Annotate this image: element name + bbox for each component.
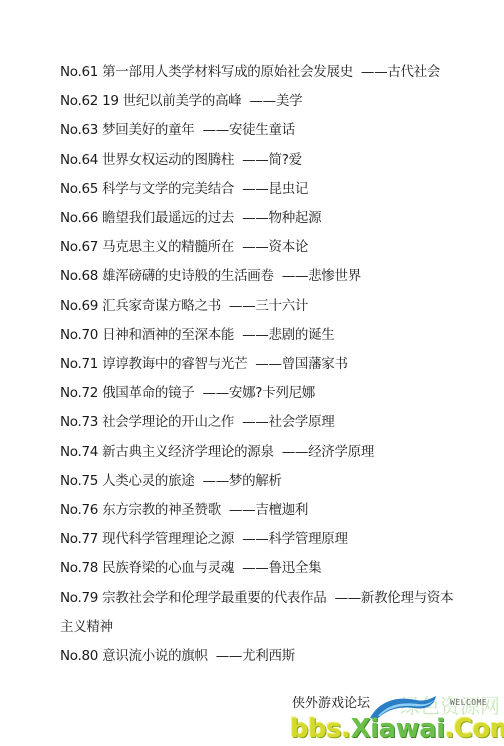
entry-title: 社会学原理 [269, 414, 335, 430]
entry-description: 意识流小说的旗帜 [102, 648, 208, 664]
entry-description: 人类心灵的旅途 [102, 473, 194, 489]
watermark-url: bbs.Xiawai.Com [290, 714, 504, 744]
entry-separator: —— [361, 64, 387, 80]
entry-79: No.79宗教社会学和伦理学最重要的代表作品——新教伦理与资本主义精神 [60, 584, 460, 642]
entry-separator: —— [216, 648, 242, 664]
entry-number: No.66 [60, 210, 98, 226]
entry-number: No.61 [60, 64, 98, 80]
entry-separator: —— [203, 122, 229, 138]
entry-63: No.63梦回美好的童年——安徒生童话 [60, 116, 460, 145]
entry-72: No.72俄国革命的镜子——安娜?卡列尼娜 [60, 379, 460, 408]
entry-separator: —— [242, 152, 268, 168]
entry-title: 曾国藩家书 [282, 356, 348, 372]
entry-separator: —— [242, 181, 268, 197]
site-watermark: 绿色资源网 侠外游戏论坛 WELCOME bbs.Xiawai.Com [290, 692, 500, 742]
entry-number: No.72 [60, 385, 98, 401]
entry-title: 安徒生童话 [229, 122, 295, 138]
entry-number: No.65 [60, 181, 98, 197]
entry-68: No.68雄浑磅礴的史诗般的生活画卷——悲惨世界 [60, 262, 460, 291]
watermark-url-mid: Xiawai [351, 714, 445, 744]
entry-74: No.74新古典主义经济学理论的源泉——经济学原理 [60, 438, 460, 467]
entry-number: No.77 [60, 531, 98, 547]
entry-number: No.69 [60, 298, 98, 314]
entry-separator: —— [282, 444, 308, 460]
document-body: No.61第一部用人类学材料写成的原始社会发展史——古代社会 No.6219 世… [60, 58, 460, 671]
entry-title: 吉檀迦利 [255, 502, 308, 518]
entry-description: 俄国革命的镜子 [102, 385, 194, 401]
entry-title: 安娜?卡列尼娜 [229, 385, 315, 401]
entry-description: 雄浑磅礴的史诗般的生活画卷 [102, 268, 274, 284]
entry-separator: —— [242, 327, 268, 343]
entry-76: No.76东方宗教的神圣赞歌——吉檀迦利 [60, 496, 460, 525]
entry-description: 科学与文学的完美结合 [102, 181, 234, 197]
entry-number: No.70 [60, 327, 98, 343]
entry-75: No.75人类心灵的旅途——梦的解析 [60, 467, 460, 496]
entry-separator: —— [229, 502, 255, 518]
entry-number: No.73 [60, 414, 98, 430]
entry-description: 世界女权运动的图腾柱 [102, 152, 234, 168]
entry-title: 尤利西斯 [242, 648, 295, 664]
entry-description: 东方宗教的神圣赞歌 [102, 502, 221, 518]
entry-number: No.62 [60, 93, 98, 109]
entry-separator: —— [203, 473, 229, 489]
entry-number: No.64 [60, 152, 98, 168]
entry-separator: —— [242, 560, 268, 576]
entry-title: 悲剧的诞生 [269, 327, 335, 343]
entry-separator: —— [242, 239, 268, 255]
entry-66: No.66瞻望我们最遥远的过去——物种起源 [60, 204, 460, 233]
entry-65: No.65科学与文学的完美结合——昆虫记 [60, 175, 460, 204]
entry-title: 美学 [276, 93, 302, 109]
entry-title: 经济学原理 [308, 444, 374, 460]
entry-62: No.6219 世纪以前美学的高峰——美学 [60, 87, 460, 116]
entry-description: 新古典主义经济学理论的源泉 [102, 444, 274, 460]
entry-number: No.67 [60, 239, 98, 255]
entry-title: 梦的解析 [229, 473, 282, 489]
watermark-url-right: .Com [445, 714, 504, 744]
entry-number: No.76 [60, 502, 98, 518]
entry-70: No.70日神和酒神的至深本能——悲剧的诞生 [60, 321, 460, 350]
entry-separator: —— [242, 210, 268, 226]
entry-71: No.71谆谆教诲中的睿智与光芒——曾国藩家书 [60, 350, 460, 379]
entry-separator: —— [242, 531, 268, 547]
entry-description: 社会学理论的开山之作 [102, 414, 234, 430]
entry-number: No.68 [60, 268, 98, 284]
entry-67: No.67马克思主义的精髓所在——资本论 [60, 233, 460, 262]
entry-80: No.80意识流小说的旗帜——尤利西斯 [60, 642, 460, 671]
entry-number: No.71 [60, 356, 98, 372]
watermark-forum-name: 侠外游戏论坛 [292, 692, 370, 711]
watermark-url-left: bbs. [290, 714, 351, 744]
entry-description: 梦回美好的童年 [102, 122, 194, 138]
entry-77: No.77现代科学管理理论之源——科学管理原理 [60, 525, 460, 554]
entry-title: 古代社会 [387, 64, 440, 80]
entry-number: No.79 [60, 590, 98, 606]
entry-separator: —— [229, 298, 255, 314]
entry-description: 汇兵家奇谋方略之书 [102, 298, 221, 314]
entry-description: 马克思主义的精髓所在 [102, 239, 234, 255]
entry-number: No.63 [60, 122, 98, 138]
entry-61: No.61第一部用人类学材料写成的原始社会发展史——古代社会 [60, 58, 460, 87]
watermark-welcome: WELCOME [450, 698, 487, 707]
entry-separator: —— [242, 414, 268, 430]
entry-description: 19 世纪以前美学的高峰 [102, 93, 241, 109]
entry-title: 物种起源 [269, 210, 322, 226]
entry-number: No.75 [60, 473, 98, 489]
entry-separator: —— [249, 93, 275, 109]
entry-description: 现代科学管理理论之源 [102, 531, 234, 547]
entry-separator: —— [335, 590, 361, 606]
entry-description: 谆谆教诲中的睿智与光芒 [102, 356, 247, 372]
entry-title: 简?爱 [269, 152, 302, 168]
entry-description: 瞻望我们最遥远的过去 [102, 210, 234, 226]
entry-title: 昆虫记 [269, 181, 309, 197]
entry-number: No.80 [60, 648, 98, 664]
entry-description: 宗教社会学和伦理学最重要的代表作品 [102, 590, 326, 606]
entry-separator: —— [203, 385, 229, 401]
entry-separator: —— [255, 356, 281, 372]
entry-73: No.73社会学理论的开山之作——社会学原理 [60, 408, 460, 437]
entry-description: 第一部用人类学材料写成的原始社会发展史 [102, 64, 353, 80]
entry-separator: —— [282, 268, 308, 284]
entry-64: No.64世界女权运动的图腾柱——简?爱 [60, 146, 460, 175]
entry-description: 日神和酒神的至深本能 [102, 327, 234, 343]
entry-number: No.78 [60, 560, 98, 576]
entry-title: 科学管理原理 [269, 531, 348, 547]
entry-title: 鲁迅全集 [269, 560, 322, 576]
entry-number: No.74 [60, 444, 98, 460]
entry-title: 资本论 [269, 239, 309, 255]
entry-title: 悲惨世界 [308, 268, 361, 284]
entry-description: 民族脊梁的心血与灵魂 [102, 560, 234, 576]
entry-78: No.78民族脊梁的心血与灵魂——鲁迅全集 [60, 554, 460, 583]
entry-title: 三十六计 [255, 298, 308, 314]
entry-69: No.69汇兵家奇谋方略之书——三十六计 [60, 292, 460, 321]
